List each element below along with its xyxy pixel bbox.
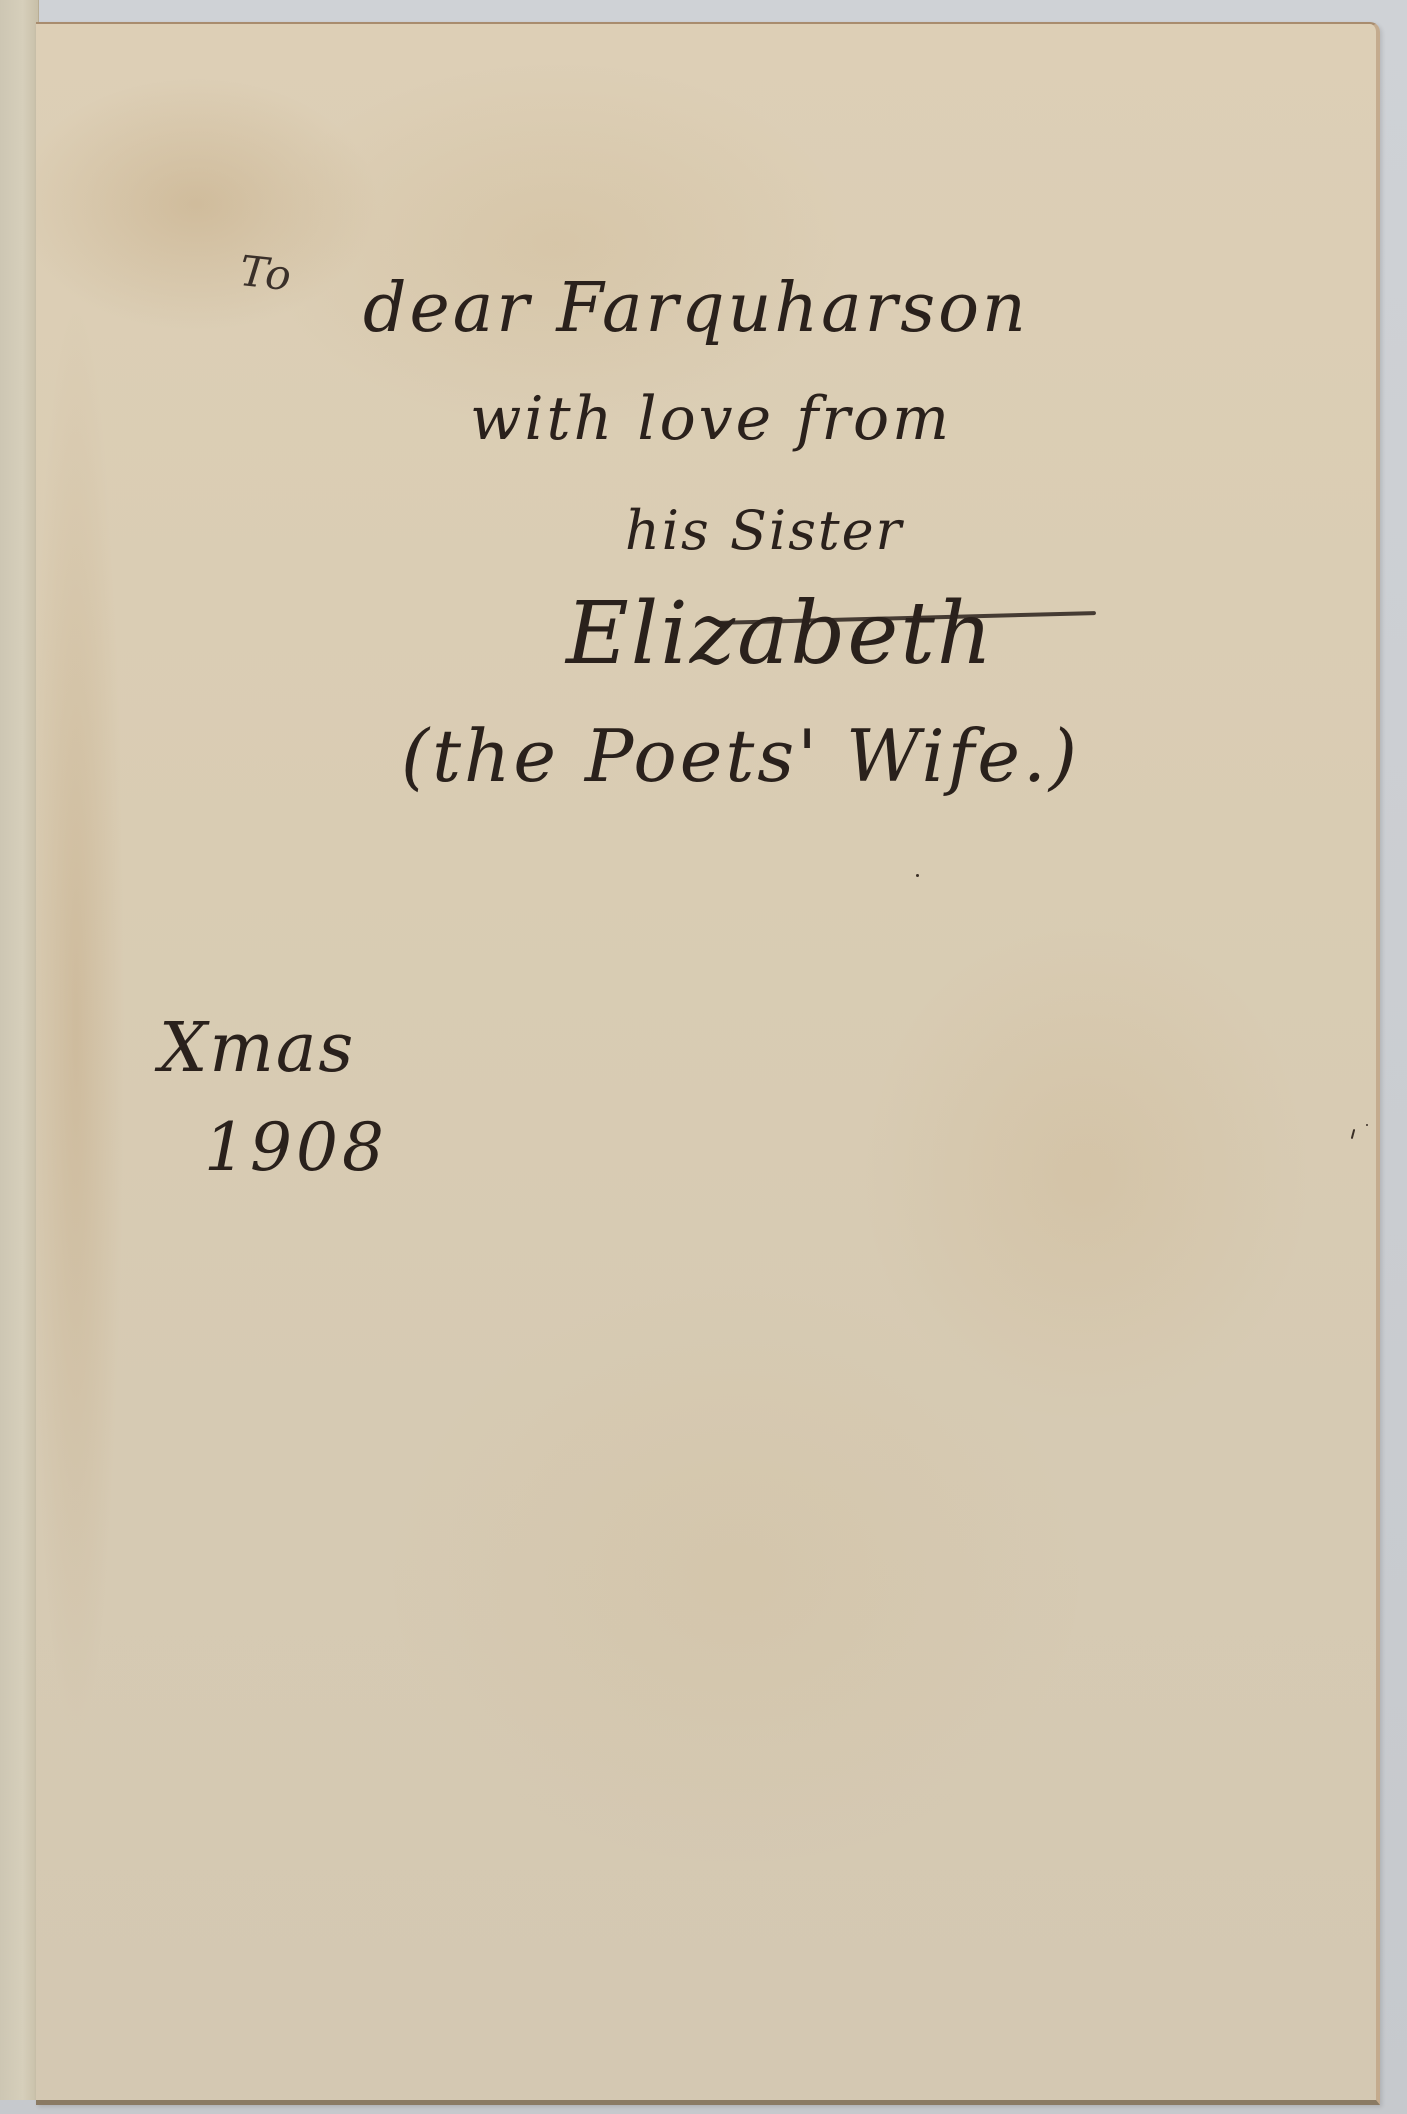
inscription-his-sister: his Sister <box>625 499 903 562</box>
inscription-signature-note: (the Poets' Wife.) <box>401 714 1080 798</box>
ink-speck <box>916 874 919 877</box>
inscription-with-love: with love from <box>470 384 952 454</box>
book-spine-edge <box>0 0 39 2100</box>
inscription-to: To <box>237 246 294 300</box>
date-note-year: 1908 <box>204 1109 388 1186</box>
inscription-signature: Elizabeth <box>566 584 994 684</box>
endpaper-page: To dear Farquharson with love from his S… <box>36 22 1380 2105</box>
ink-speck <box>1366 1124 1368 1126</box>
ink-speck <box>1351 1129 1356 1139</box>
date-note-xmas: Xmas <box>159 1009 355 1088</box>
inscription-recipient: dear Farquharson <box>363 269 1029 348</box>
